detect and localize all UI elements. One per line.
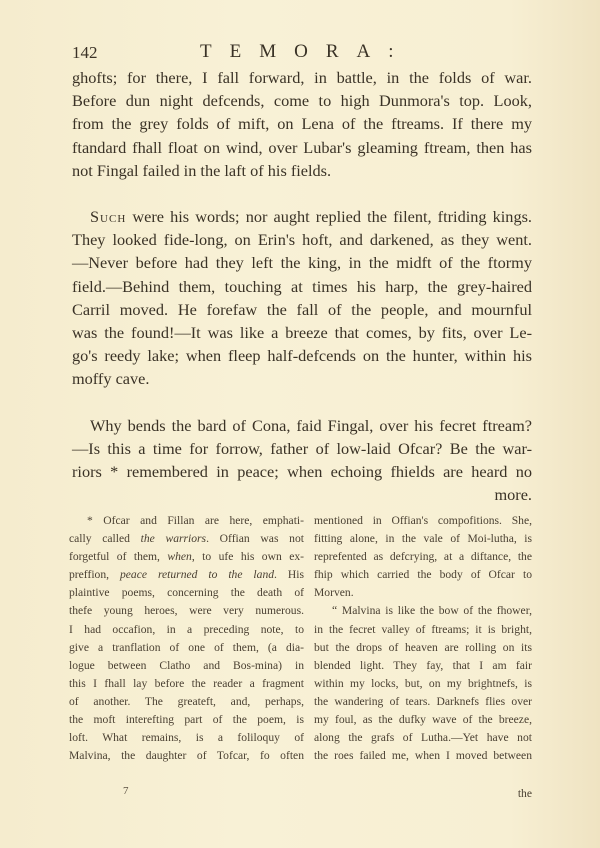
footnote-line: Morven. [314,584,532,602]
text-line: ftandard fhall float on wind, over Lubar… [72,136,532,159]
footnote-right-column: mentioned in Offian's compofitions. She,… [314,512,532,765]
lead-word: Such [90,207,126,226]
footnote-line: fhip which carried the body of Ofcar to [314,566,532,584]
text-line-rest: were his words; nor aught replied the fi… [126,207,532,226]
footnote-line: in the fecret valley of ftreams; it is b… [314,621,532,639]
footnote-line: give a tranflation of one of them, (a di… [69,639,304,657]
footnote-line: reprefented as defcrying, at a diftance,… [314,548,532,566]
footnote-line: preffion, peace returned to the land. Hi… [69,566,304,584]
footnote-line: the wandering of tears. Darknefs flies o… [314,693,532,711]
paragraph-2: Such were his words; nor aught replied t… [72,205,532,391]
footnote-line: cally called the warriors. Offian was no… [69,530,304,548]
footnote-line: but the drops of heaven are rolling on i… [314,639,532,657]
footnote-line: blended light. They fay, that I am fair [314,657,532,675]
text-line: from the grey folds of mift, on Lena of … [72,112,532,135]
footnote-line: forgetful of them, when, to ufe his own … [69,548,304,566]
signature-mark: 7 [123,785,129,797]
text-line: ghofts; for there, I fall forward, in ba… [72,66,532,89]
text-line: They looked fide-long, on Erin's hoft, a… [72,228,532,251]
text-line: more. [72,483,532,506]
text-line: field.—Behind them, touching at times hi… [72,275,532,298]
text-line: Why bends the bard of Cona, faid Fingal,… [72,414,532,437]
page-number: 142 [72,43,98,63]
text-line: —Never before had they left the king, in… [72,251,532,274]
footnote-line: the roes failed me, when I moved between [314,747,532,765]
italic-phrase: when [167,550,191,563]
footnote-line: this I fhall lay before the reader a fra… [69,675,304,693]
running-title: TEMORA: [200,41,412,63]
footnote-line: thefe young heroes, were very numerous. [69,602,304,620]
footnote-line: the moft interefting part of the poem, i… [69,711,304,729]
text-line: go's reedy lake; when fleep half-defcend… [72,344,532,367]
main-text: ghofts; for there, I fall forward, in ba… [72,66,532,506]
text-line: riors * remembered in peace; when echoin… [72,460,532,483]
footnote-line: plaintive poems, concerning the death of [69,584,304,602]
italic-phrase: peace returned to the land [120,568,274,581]
italic-phrase: the warriors [141,532,206,545]
footnote-line: loft. What remains, is a foliloquy of [69,729,304,747]
text-line: Such were his words; nor aught replied t… [72,205,532,228]
footnote-line: “ Malvina is like the bow of the fhower, [314,602,532,620]
footnote-line: logue between Clatho and Bos-mina) in [69,657,304,675]
page-header: 142 TEMORA: [72,43,532,67]
footnote-line: Malvina, the daughter of Tofcar, fo ofte… [69,747,304,765]
text-line: moffy cave. [72,367,532,390]
text-line: —Is this a time for forrow, father of lo… [72,437,532,460]
footnote-line: of another. The greateft, and, perhaps, [69,693,304,711]
text-line: was the found!—It was like a breeze that… [72,321,532,344]
footnote-line: along the grafs of Lutha.—Yet have not [314,729,532,747]
footnote-line: fitting alone, in the vale of Moi-lutha,… [314,530,532,548]
catchword: the [482,787,532,800]
paragraph-1: ghofts; for there, I fall forward, in ba… [72,66,532,182]
text-line: not Fingal failed in the laft of his fie… [72,159,532,182]
paragraph-3: Why bends the bard of Cona, faid Fingal,… [72,414,532,507]
footnote-line: within my locks, but, on my brightnefs, … [314,675,532,693]
footnote-left-column: * Ofcar and Fillan are here, emphati- ca… [69,512,304,765]
book-page: 142 TEMORA: ghofts; for there, I fall fo… [0,0,600,848]
footnote-line: * Ofcar and Fillan are here, emphati- [69,512,304,530]
footnote-line: mentioned in Offian's compofitions. She, [314,512,532,530]
text-line: Carril moved. He forefaw the fall of the… [72,298,532,321]
text-line: Before dun night defcends, come to high … [72,89,532,112]
footnote-line: I had occafion, in a preceding note, to [69,621,304,639]
footnote-line: my foul, as the dufky wave of the breeze… [314,711,532,729]
